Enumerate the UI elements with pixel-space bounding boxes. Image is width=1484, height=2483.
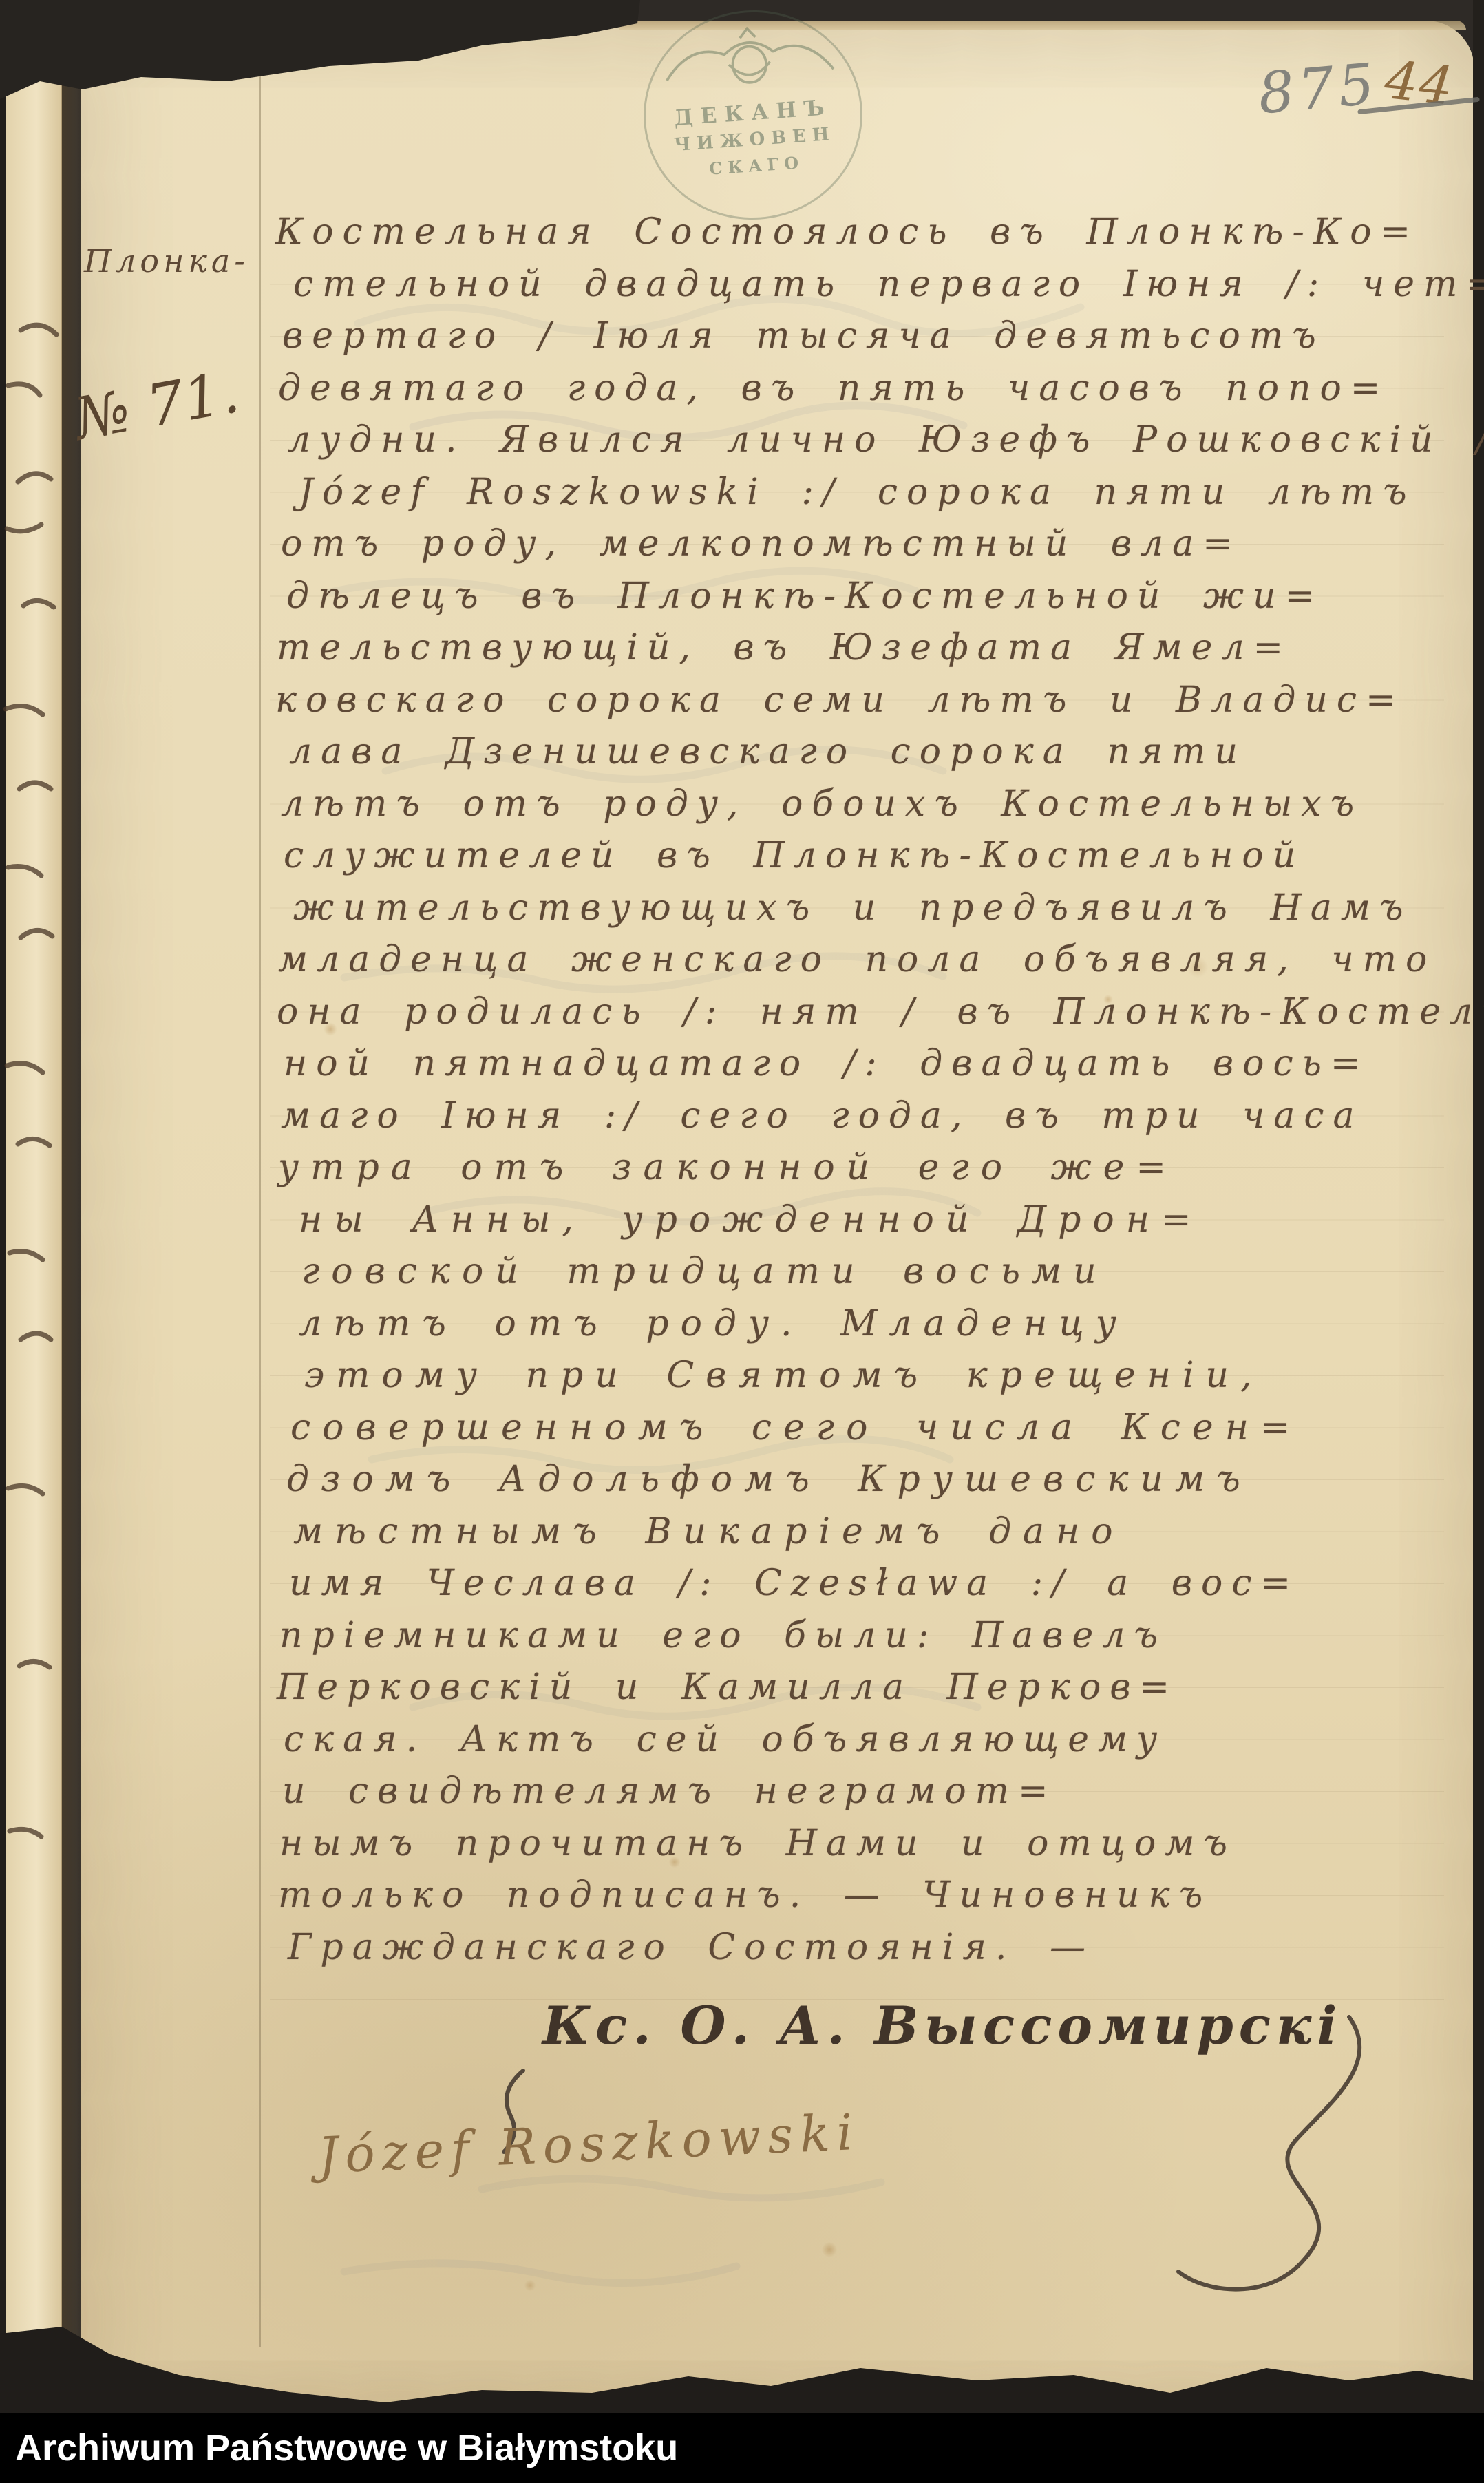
handwritten-line: маго Іюня :/ сего года, въ три часа: [281, 1090, 1459, 1143]
handwritten-line: Józef Roszkowski :/ сорока пяти лѣтъ: [299, 467, 1459, 519]
handwritten-line: вертаго / Іюля тысяча девятьсотъ: [282, 310, 1459, 363]
margin-title: Плонка-: [84, 242, 249, 279]
handwritten-line: жительствующихъ и предъявилъ Намъ: [293, 883, 1459, 935]
handwritten-line: только подписанъ. — Чиновникъ: [278, 1870, 1459, 1922]
double-eagle-icon: [650, 16, 848, 105]
handwritten-line: пріемниками его были: Павелъ: [279, 1610, 1459, 1662]
official-signature: Кс. О. А. Выссомирскі: [542, 1995, 1342, 2056]
handwritten-line: этому при Святомъ крещеніи,: [304, 1350, 1459, 1402]
handwritten-line: Перковскій и Камилла Перков=: [277, 1662, 1459, 1714]
handwritten-line: лѣтъ отъ роду. Младенцу: [299, 1298, 1459, 1351]
scanned-document-page: ДЕКАНЪ ЧИЖОВЕН СКАГО 875 44 № 71. Плонка…: [0, 0, 1484, 2483]
body-lines: Костельная Состоялось въ Плонкѣ-Ко=стель…: [275, 207, 1459, 1974]
backdrop-right-edge: [1473, 0, 1484, 2483]
handwritten-line: имя Чеслава /: Czesława :/ а вос=: [289, 1558, 1459, 1610]
handwritten-line: Гражданскаго Состоянія. —: [288, 1922, 1459, 1974]
archive-footer-bar: Archiwum Państwowe w Białymstoku: [0, 2413, 1484, 2483]
handwritten-line: дзомъ Адольфомъ Крушевскимъ: [286, 1454, 1459, 1506]
handwritten-line: отъ роду, мелкопомѣстный вла=: [281, 518, 1459, 571]
handwritten-line: тельствующій, въ Юзефата Ямел=: [277, 622, 1459, 675]
previous-page-edge: [6, 55, 62, 2368]
handwritten-line: ковскаго сорока семи лѣтъ и Владис=: [275, 675, 1459, 727]
handwritten-line: она родилась /: нят / въ Плонкѣ-Костель=: [277, 986, 1459, 1039]
handwritten-line: девятаго года, въ пять часовъ попо=: [278, 363, 1459, 415]
handwritten-line: утра отъ законной его же=: [278, 1142, 1459, 1194]
handwritten-line: говской тридцати восьми: [301, 1246, 1459, 1298]
handwritten-line: Костельная Состоялось въ Плонкѣ-Ко=: [275, 207, 1459, 259]
handwritten-line: стельной двадцать перваго Іюня /: чет=: [293, 259, 1459, 311]
handwritten-line: служителей въ Плонкѣ-Костельной: [284, 830, 1459, 883]
margin-rule-line: [259, 76, 261, 2347]
handwritten-line: нымъ прочитанъ Нами и отцомъ: [279, 1818, 1459, 1870]
pencil-page-number: 875: [1255, 52, 1381, 127]
handwritten-line: ская. Актъ сей объявляющему: [284, 1714, 1459, 1766]
handwritten-line: и свидѣтелямъ неграмот=: [282, 1766, 1459, 1818]
archive-name: Archiwum Państwowe w Białymstoku: [15, 2413, 678, 2483]
handwritten-line: ны Анны, урожденной Дрон=: [299, 1194, 1459, 1247]
handwritten-line: лава Дзенишевскаго сорока пяти: [289, 726, 1459, 779]
handwritten-line: лудни. Явился лично Юзефъ Рошковскій /:: [288, 414, 1459, 467]
handwritten-line: совершенномъ сего числа Ксен=: [290, 1402, 1459, 1455]
handwritten-line: мѣстнымъ Викаріемъ дано: [293, 1506, 1459, 1559]
handwritten-line: лѣтъ отъ роду, обоихъ Костельныхъ: [281, 779, 1459, 831]
handwritten-line: младенца женскаго пола объявляя, что: [278, 934, 1459, 986]
handwritten-line: дѣлецъ въ Плонкѣ-Костельной жи=: [286, 571, 1459, 623]
handwritten-line: ной пятнадцатаго /: двадцать вось=: [284, 1038, 1459, 1090]
